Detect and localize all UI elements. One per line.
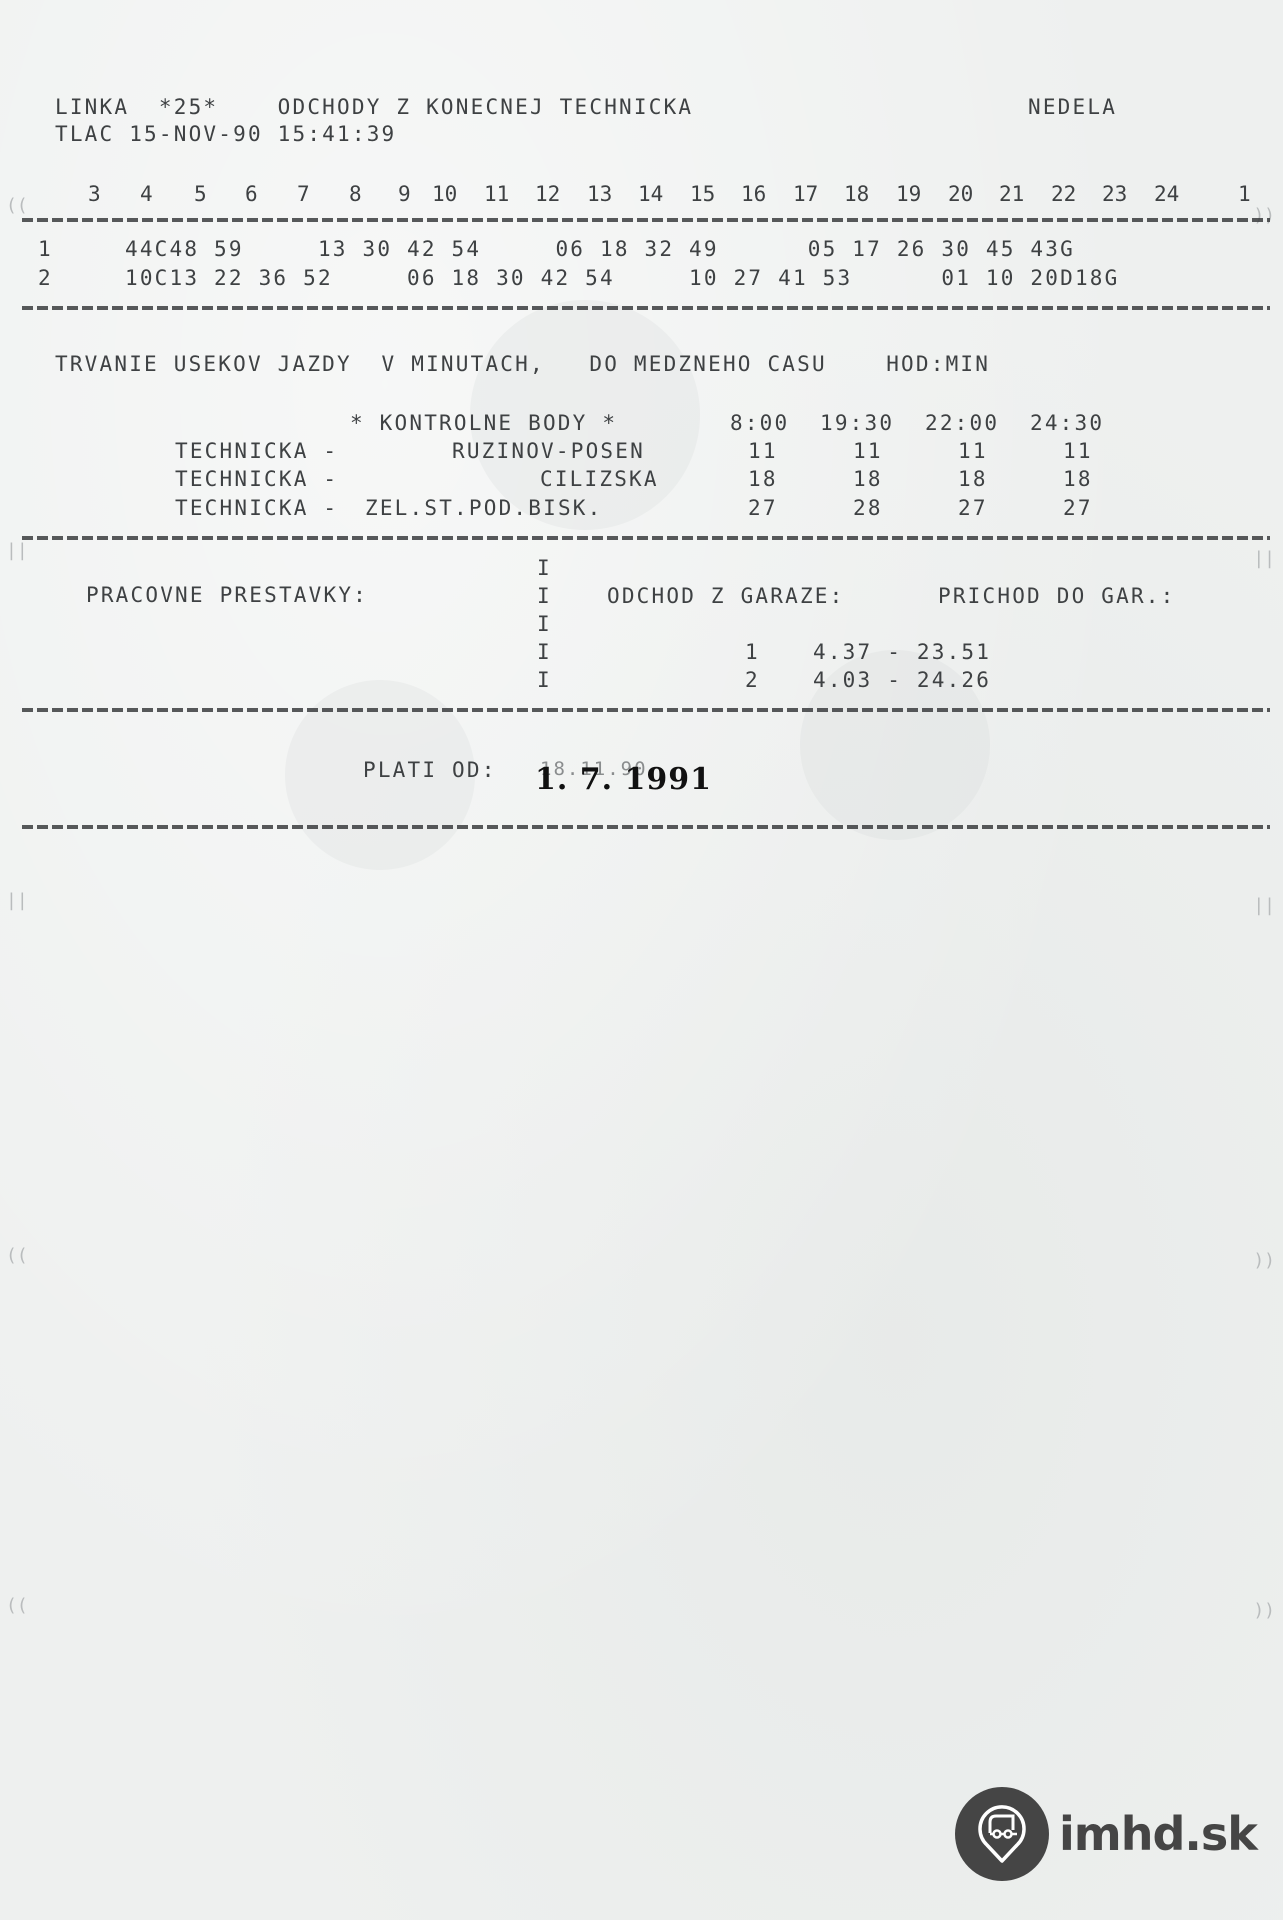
hour-label: 9 (398, 182, 411, 206)
separator-line (22, 708, 1270, 712)
duration-value: 11 (1063, 441, 1093, 462)
hour-label: 6 (245, 182, 258, 206)
departure-row: 10C13 22 36 52 06 18 30 42 54 10 27 41 5… (125, 268, 1120, 289)
duration-value: 27 (1063, 498, 1093, 519)
durations-title: TRVANIE USEKOV JAZDY V MINUTACH, DO MEDZ… (55, 354, 990, 375)
margin-mark: || (1253, 895, 1275, 916)
segment-to: RUZINOV-POSEN (452, 441, 645, 462)
duration-value: 11 (958, 441, 988, 462)
time-limit: 24:30 (1030, 413, 1104, 434)
row-id: 1 (38, 239, 53, 260)
column-divider: I (537, 670, 552, 691)
segment-from: TECHNICKA - (175, 498, 338, 519)
hour-label: 16 (741, 182, 766, 206)
column-divider: I (537, 614, 552, 635)
hour-label: 19 (896, 182, 921, 206)
line-title: LINKA *25* ODCHODY Z KONECNEJ TECHNICKA (55, 97, 693, 118)
margin-mark: || (6, 890, 28, 911)
hour-label: 20 (948, 182, 973, 206)
column-divider: I (537, 642, 552, 663)
column-divider: I (537, 586, 552, 607)
hour-label: 4 (140, 182, 153, 206)
segment-from: TECHNICKA - (175, 441, 338, 462)
margin-mark: || (1253, 548, 1275, 569)
garage-times: 4.03 - 24.26 (813, 670, 991, 691)
garage-row-id: 2 (745, 670, 760, 691)
time-limit: 19:30 (820, 413, 894, 434)
hour-label: 14 (638, 182, 663, 206)
day-label: NEDELA (1028, 97, 1117, 118)
margin-mark: )) (1253, 1600, 1275, 1621)
hour-label: 7 (297, 182, 310, 206)
separator-line (22, 825, 1270, 829)
logo-text: imhd.sk (1059, 1807, 1257, 1861)
hour-label: 11 (484, 182, 509, 206)
print-timestamp: TLAC 15-NOV-90 15:41:39 (55, 124, 396, 145)
segment-to: ZEL.ST.POD.BISK. (365, 498, 603, 519)
hour-label: 3 (88, 182, 101, 206)
garage-arrival-label: PRICHOD DO GAR.: (938, 586, 1176, 607)
duration-value: 27 (748, 498, 778, 519)
hour-label: 22 (1051, 182, 1076, 206)
hour-label: 8 (349, 182, 362, 206)
row-id: 2 (38, 268, 53, 289)
imhd-logo: imhd.sk (955, 1787, 1257, 1881)
segment-from: TECHNICKA - (175, 469, 338, 490)
separator-line (22, 218, 1270, 222)
separator-line (22, 306, 1270, 310)
duration-value: 11 (853, 441, 883, 462)
garage-departure-label: ODCHOD Z GARAZE: (607, 586, 845, 607)
time-limit: 22:00 (925, 413, 999, 434)
hour-label: 1 (1238, 182, 1251, 206)
time-limit: 8:00 (730, 413, 789, 434)
bus-pin-icon (955, 1787, 1049, 1881)
hour-label: 12 (535, 182, 560, 206)
margin-mark: )) (1253, 1250, 1275, 1271)
checkpoints-label: * KONTROLNE BODY * (350, 413, 617, 434)
margin-mark: || (6, 540, 28, 561)
separator-line (22, 536, 1270, 540)
hour-label: 5 (194, 182, 207, 206)
margin-mark: (( (6, 1245, 28, 1266)
hour-label: 17 (793, 182, 818, 206)
hours-header: 3 4 5 6 7 8 9 10 11 12 13 14 15 16 17 18… (0, 182, 1283, 206)
hour-label: 21 (999, 182, 1024, 206)
valid-from-label: PLATI OD: (363, 760, 497, 781)
hour-label: 23 (1102, 182, 1127, 206)
garage-times: 4.37 - 23.51 (813, 642, 991, 663)
hour-label: 13 (587, 182, 612, 206)
garage-row-id: 1 (745, 642, 760, 663)
hour-label: 15 (690, 182, 715, 206)
duration-value: 18 (853, 469, 883, 490)
hour-label: 10 (432, 182, 457, 206)
duration-value: 27 (958, 498, 988, 519)
margin-mark: )) (1253, 205, 1275, 226)
hour-label: 24 (1154, 182, 1179, 206)
column-divider: I (537, 558, 552, 579)
breaks-label: PRACOVNE PRESTAVKY: (86, 585, 368, 606)
duration-value: 18 (958, 469, 988, 490)
hour-label: 18 (844, 182, 869, 206)
stamped-date: 1. 7. 1991 (535, 762, 712, 797)
duration-value: 18 (1063, 469, 1093, 490)
duration-value: 18 (748, 469, 778, 490)
segment-to: CILIZSKA (540, 469, 659, 490)
margin-mark: (( (6, 1595, 28, 1616)
departure-row: 44C48 59 13 30 42 54 06 18 32 49 05 17 2… (125, 239, 1075, 260)
duration-value: 11 (748, 441, 778, 462)
duration-value: 28 (853, 498, 883, 519)
